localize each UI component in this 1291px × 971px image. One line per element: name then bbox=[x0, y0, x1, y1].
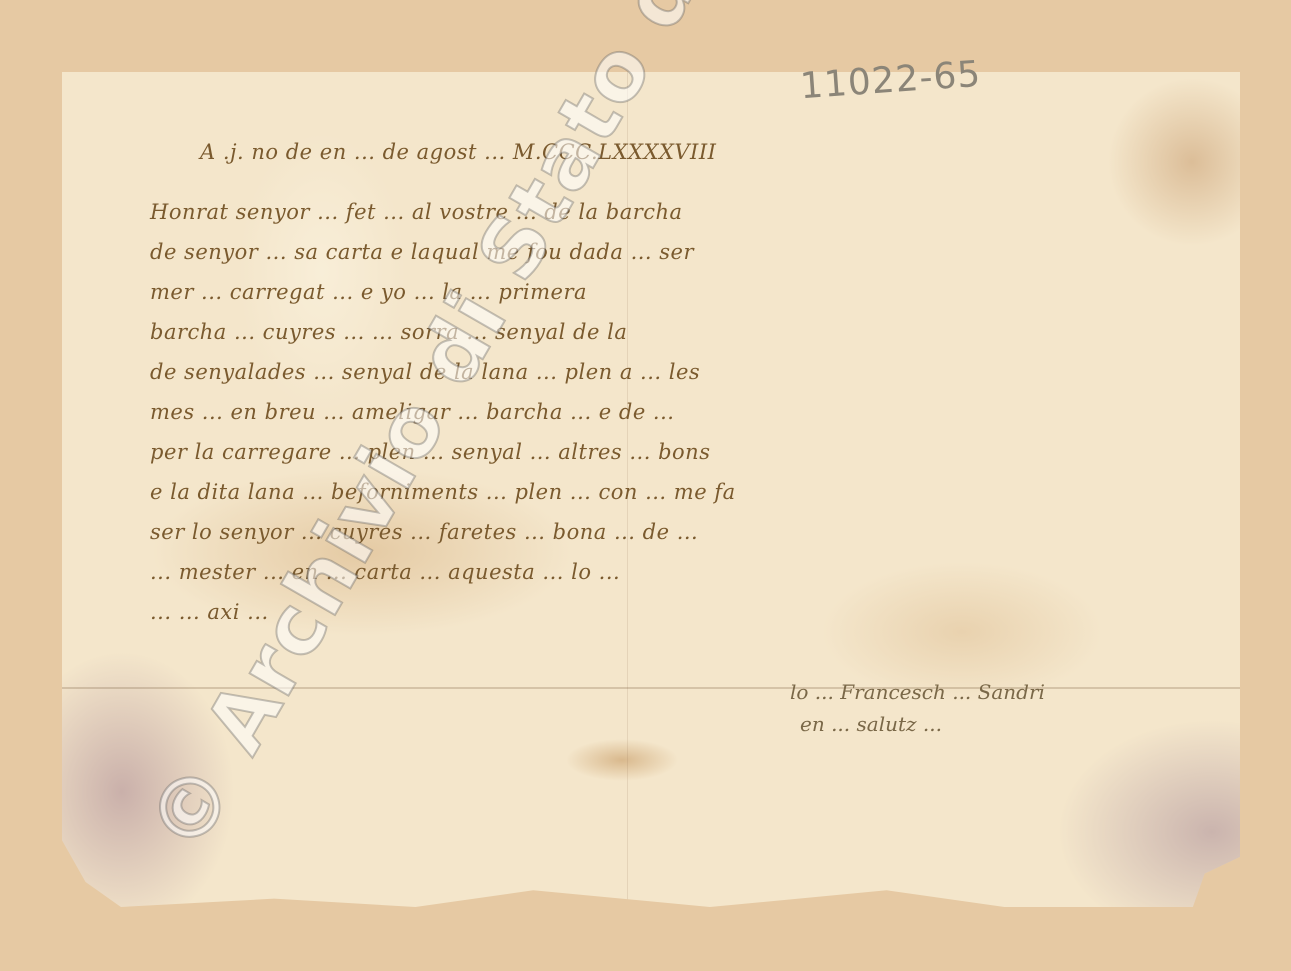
body-line: Honrat senyor ... fet ... al vostre ... … bbox=[150, 200, 683, 224]
body-line: de senyor ... sa carta e laqual me fou d… bbox=[150, 240, 694, 264]
signature-line: lo ... Francesch ... Sandri bbox=[790, 680, 1045, 704]
signature-line: en ... salutz ... bbox=[800, 712, 942, 736]
header-line: A .j. no de en ... de agost ... M.CCC.LX… bbox=[200, 140, 716, 164]
body-line: ser lo senyor ... cuyres ... faretes ...… bbox=[150, 520, 698, 544]
body-line: e la dita lana ... beforniments ... plen… bbox=[150, 480, 736, 504]
body-line: barcha ... cuyres ... ... sorra ... seny… bbox=[150, 320, 627, 344]
